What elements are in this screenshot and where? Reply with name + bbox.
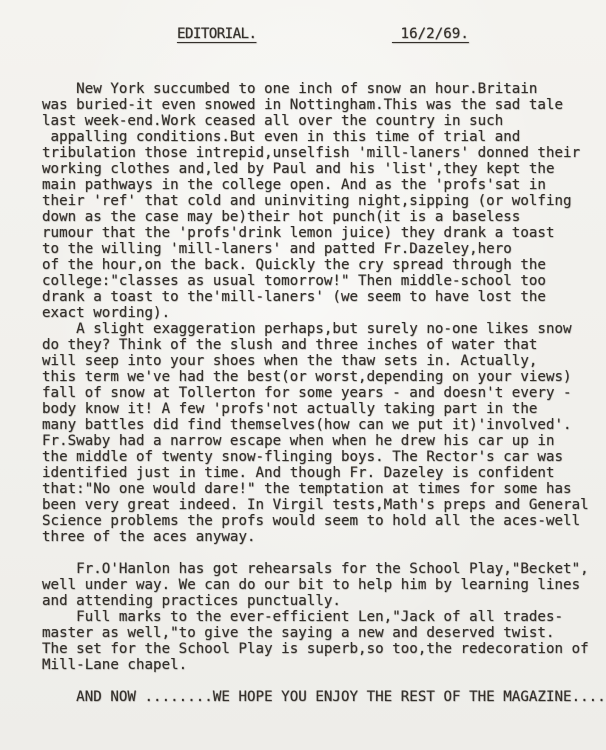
text-line: fall of snow at Tollerton for some years… (42, 385, 602, 401)
paragraph-school-play: Fr.O'Hanlon has got rehearsals for the S… (42, 561, 602, 609)
text-line: The set for the School Play is superb,so… (42, 641, 602, 657)
paragraph-snow-storm: New York succumbed to one inch of snow a… (42, 81, 602, 321)
text-line: main pathways in the college open. And a… (42, 177, 602, 193)
text-line: the middle of twenty snow-flinging boys.… (42, 449, 602, 465)
text-line: Fr.O'Hanlon has got rehearsals for the S… (42, 561, 602, 577)
text-line: to the willing 'mill-laners' and patted … (42, 241, 602, 257)
text-line: appalling conditions.But even in this ti… (42, 129, 602, 145)
text-line: identified just in time. And though Fr. … (42, 465, 602, 481)
text-line: of the hour,on the back. Quickly the cry… (42, 257, 602, 273)
text-line: Full marks to the ever-efficient Len,"Ja… (42, 609, 602, 625)
page-date: 16/2/69. (392, 26, 469, 42)
text-line: drank a toast to the'mill-laners' (we se… (42, 289, 602, 305)
text-line: that:"No one would dare!" the temptation… (42, 481, 602, 497)
text-line: been very great indeed. In Virgil tests,… (42, 497, 602, 513)
text-line: working clothes and,led by Paul and his … (42, 161, 602, 177)
text-line: rumour that the 'profs'drink lemon juice… (42, 225, 602, 241)
text-line: will seep into your shoes when the thaw … (42, 353, 602, 369)
text-line: last week-end.Work ceased all over the c… (42, 113, 602, 129)
text-line: well under way. We can do our bit to hel… (42, 577, 602, 593)
text-line: master as well,"to give the saying a new… (42, 625, 602, 641)
paragraph-full-marks: Full marks to the ever-efficient Len,"Ja… (42, 609, 602, 673)
closing-line: AND NOW ........WE HOPE YOU ENJOY THE RE… (42, 689, 602, 705)
text-line: tribulation those intrepid,unselfish 'mi… (42, 145, 602, 161)
text-line: college:"classes as usual tomorrow!" The… (42, 273, 602, 289)
editorial-page: EDITORIAL. 16/2/69. New York succumbed t… (0, 0, 606, 750)
page-header: EDITORIAL. 16/2/69. (0, 26, 606, 48)
text-line: New York succumbed to one inch of snow a… (42, 81, 602, 97)
text-line: many battles did find themselves(how can… (42, 417, 602, 433)
page-title: EDITORIAL. (177, 26, 256, 42)
text-line: three of the aces anyway. (42, 529, 602, 545)
text-line: Science problems the profs would seem to… (42, 513, 602, 529)
text-line: their 'ref' that cold and uninviting nig… (42, 193, 602, 209)
text-line: and attending practices punctually. (42, 593, 602, 609)
text-line: Mill-Lane chapel. (42, 657, 602, 673)
text-line: exact wording). (42, 305, 602, 321)
text-line: Fr.Swaby had a narrow escape when when h… (42, 433, 602, 449)
text-line: A slight exaggeration perhaps,but surely… (42, 321, 602, 337)
text-line: down as the case may be)their hot punch(… (42, 209, 602, 225)
paragraph-snow-reflection: A slight exaggeration perhaps,but surely… (42, 321, 602, 545)
editorial-body: New York succumbed to one inch of snow a… (42, 81, 602, 705)
text-line: was buried-it even snowed in Nottingham.… (42, 97, 602, 113)
text-line: body know it! A few 'profs'not actually … (42, 401, 602, 417)
text-line: do they? Think of the slush and three in… (42, 337, 602, 353)
text-line: this term we've had the best(or worst,de… (42, 369, 602, 385)
